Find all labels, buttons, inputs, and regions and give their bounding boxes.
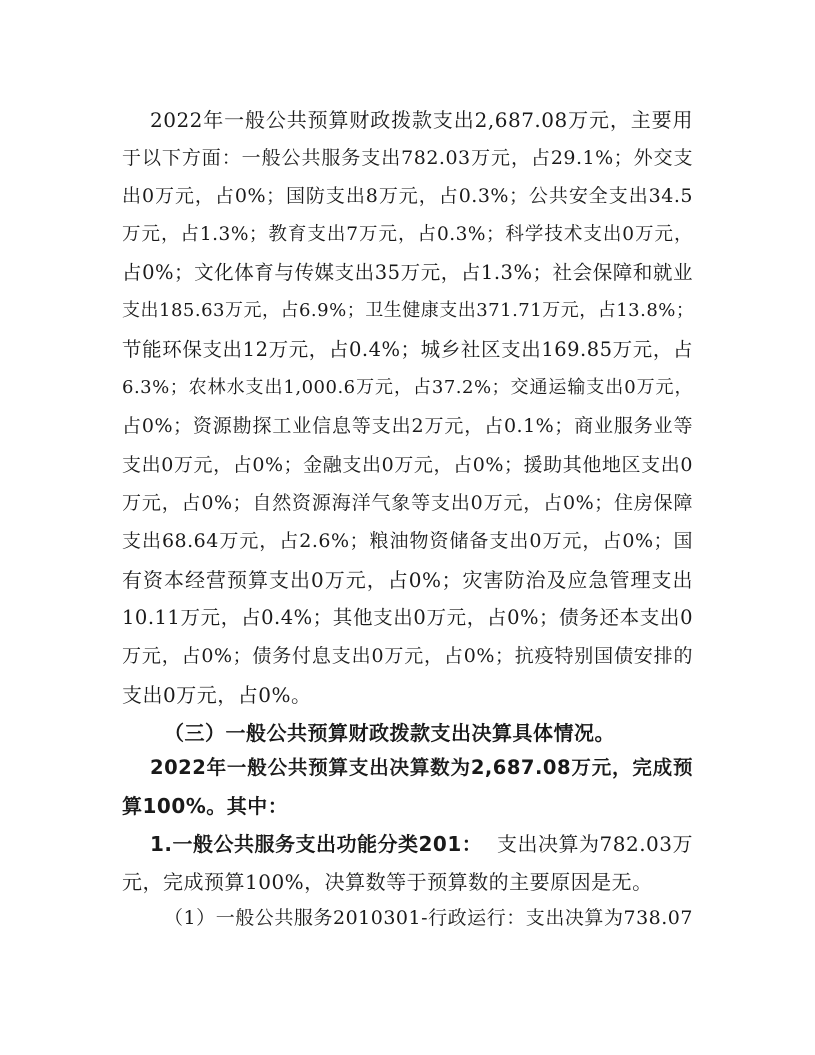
paragraph-line: 于以下方面：一般公共服务支出782.03万元，占29.1%；外交支 <box>122 143 693 173</box>
paragraph-line: 有资本经营预算支出0万元，占0%；灾害防治及应急管理支出 <box>122 565 693 595</box>
paragraph-2-line: 算100%。其中： <box>122 791 693 821</box>
item-1-label: 1.一般公共服务支出功能分类201： <box>150 829 482 859</box>
paragraph-line: 占0%；文化体育与传媒支出35万元，占1.3%；社会保障和就业 <box>122 258 693 288</box>
document-page: 2022年一般公共预算财政拨款支出2,687.08万元，主要用 于以下方面：一般… <box>0 0 815 1055</box>
paragraph-line: 出0万元，占0%；国防支出8万元，占0.3%；公共安全支出34.5 <box>122 181 693 211</box>
paragraph-line: 万元，占0%；自然资源海洋气象等支出0万元，占0%；住房保障 <box>122 488 693 518</box>
paragraph-line: 支出185.63万元，占6.9%；卫生健康支出371.71万元，占13.8%； <box>122 296 693 326</box>
paragraph-line: 占0%；资源勘探工业信息等支出2万元，占0.1%；商业服务业等 <box>122 411 693 441</box>
paragraph-line: 6.3%；农林水支出1,000.6万元，占37.2%；交通运输支出0万元， <box>122 373 693 403</box>
item-1-line: 1.一般公共服务支出功能分类201： 支出决算为782.03万 <box>150 829 693 859</box>
paragraph-2-line: 2022年一般公共预算支出决算数为2,687.08万元，完成预 <box>150 753 693 783</box>
item-1-line-2: 元，完成预算100%，决算数等于预算数的主要原因是无。 <box>122 867 693 897</box>
paragraph-line: 支出68.64万元，占2.6%；粮油物资储备支出0万元，占0%；国 <box>122 526 693 556</box>
paragraph-line: 万元，占0%；债务付息支出0万元，占0%；抗疫特别国债安排的 <box>122 641 693 671</box>
paragraph-line: 万元，占1.3%；教育支出7万元，占0.3%；科学技术支出0万元， <box>122 220 693 250</box>
paragraph-line: 2022年一般公共预算财政拨款支出2,687.08万元，主要用 <box>150 105 693 135</box>
section-heading: （三）一般公共预算财政拨款支出决算具体情况。 <box>164 718 693 748</box>
paragraph-line: 10.11万元，占0.4%；其他支出0万元，占0%；债务还本支出0 <box>122 603 693 633</box>
paragraph-line: 支出0万元，占0%。 <box>122 680 693 710</box>
paragraph-line: 支出0万元，占0%；金融支出0万元，占0%；援助其他地区支出0 <box>122 450 693 480</box>
paragraph-line: 节能环保支出12万元，占0.4%；城乡社区支出169.85万元，占 <box>122 335 693 365</box>
item-1-text: 支出决算为782.03万 <box>497 829 693 859</box>
sub-item-1-line: （1）一般公共服务2010301-行政运行：支出决算为738.07 <box>164 903 693 933</box>
